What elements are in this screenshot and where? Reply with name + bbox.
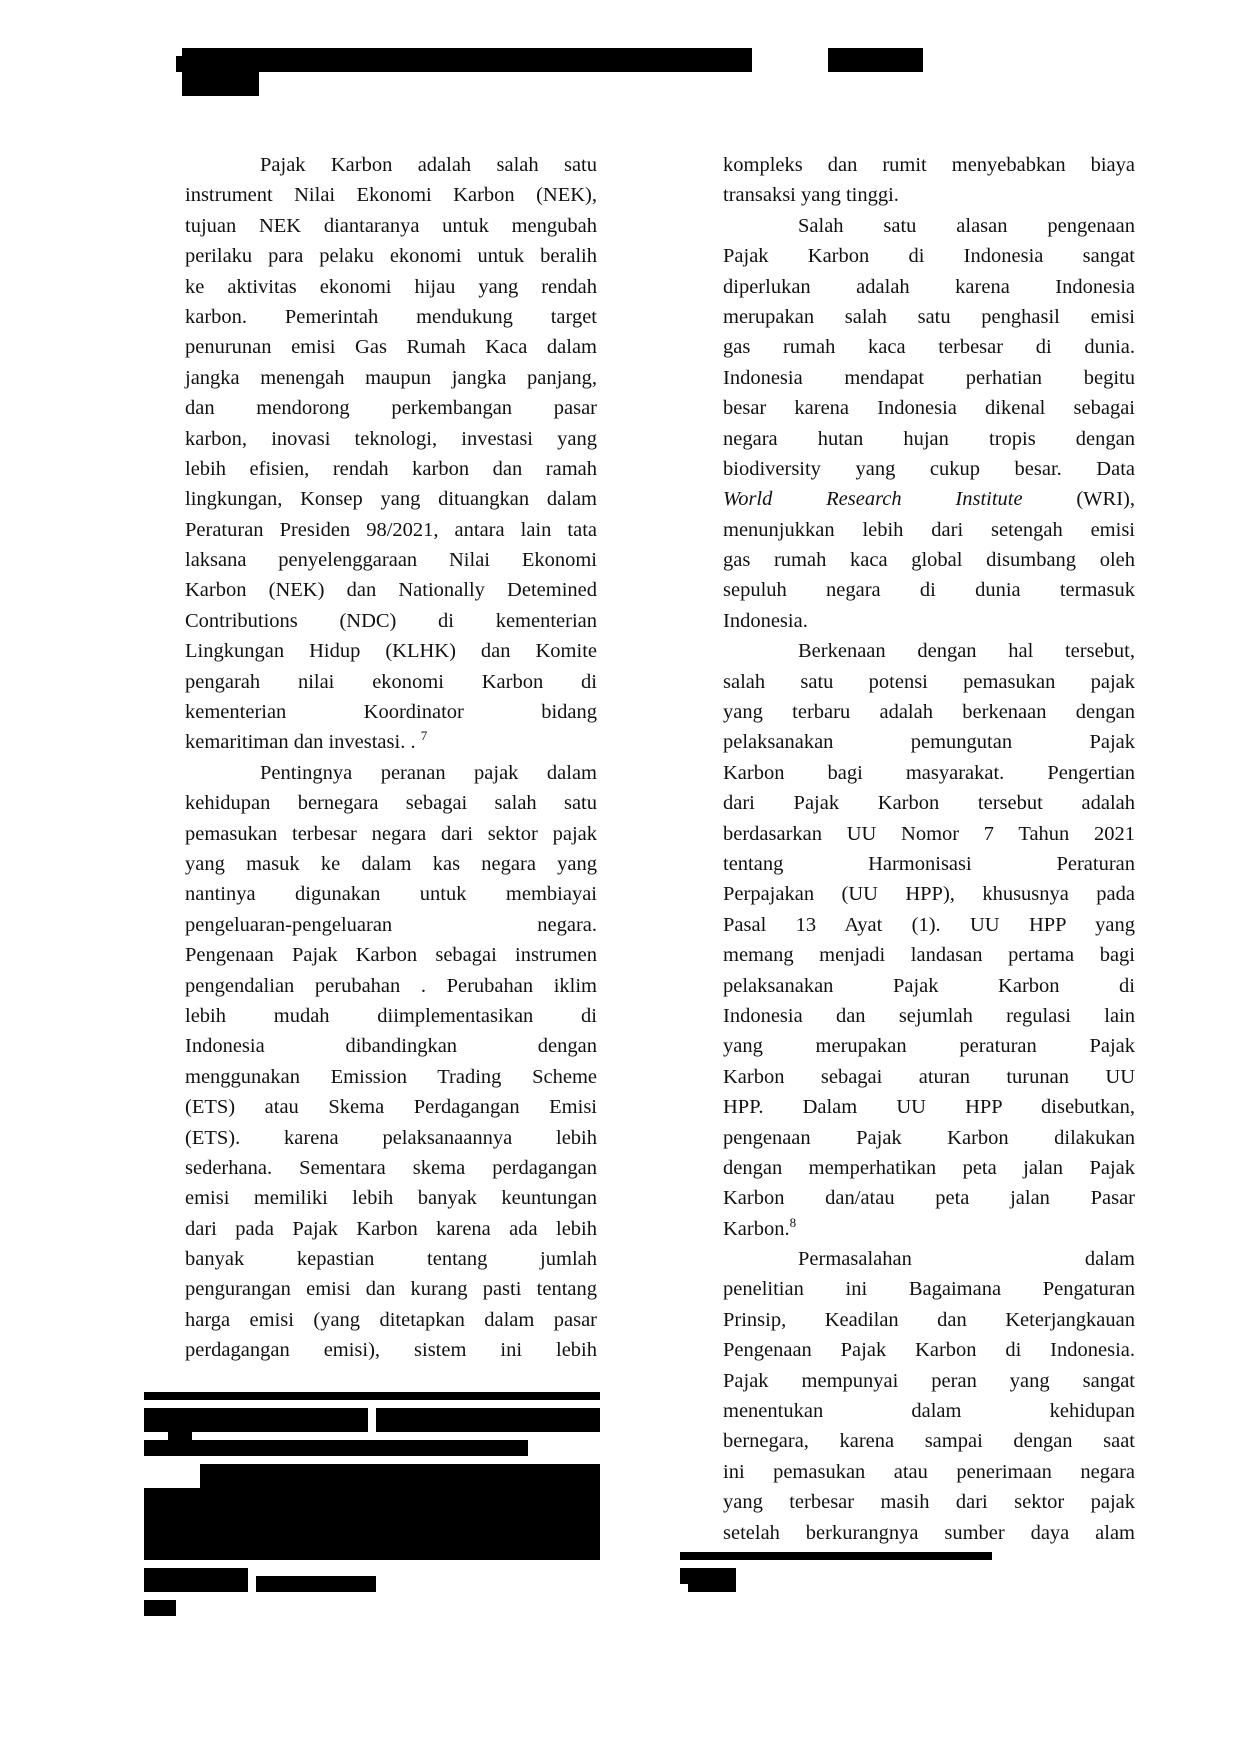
text-line: pengarah nilai ekonomi Karbon di <box>185 667 597 697</box>
text-line: instrument Nilai Ekonomi Karbon (NEK), <box>185 180 597 210</box>
text-line: pelaksanakan pemungutan Pajak <box>723 727 1135 757</box>
redacted-page-number <box>680 1568 736 1584</box>
text-line: banyak kepastian tentang jumlah <box>185 1244 597 1274</box>
text-line: pengurangan emisi dan kurang pasti tenta… <box>185 1274 597 1304</box>
text-line: Pengenaan Pajak Karbon di Indonesia. <box>723 1335 1135 1365</box>
text-line: menunjukkan lebih dari setengah emisi <box>723 515 1135 545</box>
text-line: perilaku para pelaku ekonomi untuk beral… <box>185 241 597 271</box>
text-line: Perpajakan (UU HPP), khususnya pada <box>723 879 1135 909</box>
italic-institute-name: World Research Institute <box>723 488 1023 510</box>
text-line: bernegara, karena sampai dengan saat <box>723 1426 1135 1456</box>
footnote-separator-right <box>680 1552 992 1560</box>
text-line: karbon. Pemerintah mendukung target <box>185 302 597 332</box>
text-line: Permasalahan dalam <box>723 1244 1135 1274</box>
text-line: kehidupan bernegara sebagai salah satu <box>185 788 597 818</box>
redacted-block <box>144 1600 176 1616</box>
text-line: yang terbesar masih dari sektor pajak <box>723 1487 1135 1517</box>
text-line: Indonesia dan sejumlah regulasi lain <box>723 1001 1135 1031</box>
redacted-block <box>376 1408 600 1432</box>
text-line: merupakan salah satu penghasil emisi <box>723 302 1135 332</box>
text-line: yang masuk ke dalam kas negara yang <box>185 849 597 879</box>
text-line: kementerian Koordinator bidang <box>185 697 597 727</box>
left-column: Pajak Karbon adalah salah satu instrumen… <box>185 150 597 1366</box>
text-line: kemaritiman dan investasi. . 7 <box>185 727 597 757</box>
redacted-volume-info <box>182 72 259 96</box>
redacted-running-title <box>182 48 752 72</box>
text-line: Pajak mempunyai peran yang sangat <box>723 1366 1135 1396</box>
paragraph-tax-importance: Pentingnya peranan pajak dalam kehidupan… <box>185 758 597 1366</box>
text-line: Peraturan Presiden 98/2021, antara lain … <box>185 515 597 545</box>
text-line: biodiversity yang cukup besar. Data <box>723 454 1135 484</box>
redacted-block <box>168 1432 192 1440</box>
text-line: dari pada Pajak Karbon karena ada lebih <box>185 1214 597 1244</box>
redacted-block <box>144 1488 216 1512</box>
text-line: negara hutan hujan tropis dengan <box>723 424 1135 454</box>
text-line: sepuluh negara di dunia termasuk <box>723 575 1135 605</box>
redacted-block <box>144 1568 248 1592</box>
text-line: Pengenaan Pajak Karbon sebagai instrumen <box>185 940 597 970</box>
text-line: harga emisi (yang ditetapkan dalam pasar <box>185 1305 597 1335</box>
redacted-block <box>144 1408 368 1432</box>
text-line: nantinya digunakan untuk membiayai <box>185 879 597 909</box>
redacted-block <box>144 1512 600 1560</box>
text-line: Salah satu alasan pengenaan <box>723 211 1135 241</box>
text-line: (ETS). karena pelaksanaannya lebih <box>185 1123 597 1153</box>
text-line: Karbon sebagai aturan turunan UU <box>723 1062 1135 1092</box>
text-line: yang merupakan peraturan Pajak <box>723 1031 1135 1061</box>
paragraph-nek-intro: Pajak Karbon adalah salah satu instrumen… <box>185 150 597 758</box>
footnote-separator-left <box>144 1392 600 1400</box>
footnote-ref-8[interactable]: 8 <box>790 1215 797 1230</box>
redacted-page-number-tail <box>688 1584 736 1592</box>
text-line: Berkenaan dengan hal tersebut, <box>723 636 1135 666</box>
text-line: pengendalian perubahan . Perubahan iklim <box>185 971 597 1001</box>
text-line: besar karena Indonesia dikenal sebagai <box>723 393 1135 423</box>
text-line: HPP. Dalam UU HPP disebutkan, <box>723 1092 1135 1122</box>
text-line: penelitian ini Bagaimana Pengaturan <box>723 1274 1135 1304</box>
text-line: kompleks dan rumit menyebabkan biaya <box>723 150 1135 180</box>
text-line: Pajak Karbon adalah salah satu <box>185 150 597 180</box>
text-line: tentang Harmonisasi Peraturan <box>723 849 1135 879</box>
text-line: pelaksanakan Pajak Karbon di <box>723 971 1135 1001</box>
text-line: pemasukan terbesar negara dari sektor pa… <box>185 819 597 849</box>
text-line: gas rumah kaca terbesar di dunia. <box>723 332 1135 362</box>
text-line: lingkungan, Konsep yang dituangkan dalam <box>185 484 597 514</box>
redacted-running-title-notch <box>176 56 186 72</box>
text-line: gas rumah kaca global disumbang oleh <box>723 545 1135 575</box>
text-line: jangka menengah maupun jangka panjang, <box>185 363 597 393</box>
text-line: Karbon bagi masyarakat. Pengertian <box>723 758 1135 788</box>
text-line: sederhana. Sementara skema perdagangan <box>185 1153 597 1183</box>
text-line: setelah berkurangnya sumber daya alam <box>723 1518 1135 1548</box>
text-line: World Research Institute (WRI), <box>723 484 1135 514</box>
text-line: pengeluaran-pengeluaran negara. <box>185 910 597 940</box>
text-line: menentukan dalam kehidupan <box>723 1396 1135 1426</box>
text-line: lebih mudah diimplementasikan di <box>185 1001 597 1031</box>
redacted-page-ref <box>828 48 923 72</box>
text-line-content: (WRI), <box>1023 488 1135 510</box>
text-line: berdasarkan UU Nomor 7 Tahun 2021 <box>723 819 1135 849</box>
paragraph-indonesia-emissions: Salah satu alasan pengenaan Pajak Karbon… <box>723 211 1135 636</box>
paragraph-transaction-cost: kompleks dan rumit menyebabkan biaya tra… <box>723 150 1135 211</box>
text-line: dan mendorong perkembangan pasar <box>185 393 597 423</box>
text-line: Pajak Karbon di Indonesia sangat <box>723 241 1135 271</box>
text-line: Contributions (NDC) di kementerian <box>185 606 597 636</box>
text-line: Karbon (NEK) dan Nationally Detemined <box>185 575 597 605</box>
text-line-content: Karbon. <box>723 1218 790 1240</box>
text-line: pengenaan Pajak Karbon dilakukan <box>723 1123 1135 1153</box>
text-line: salah satu potensi pemasukan pajak <box>723 667 1135 697</box>
text-line: yang terbaru adalah berkenaan dengan <box>723 697 1135 727</box>
text-line: Pasal 13 Ayat (1). UU HPP yang <box>723 910 1135 940</box>
text-line: laksana penyelenggaraan Nilai Ekonomi <box>185 545 597 575</box>
text-line: ke aktivitas ekonomi hijau yang rendah <box>185 272 597 302</box>
paragraph-research-problem: Permasalahan dalam penelitian ini Bagaim… <box>723 1244 1135 1548</box>
text-line: memang menjadi landasan pertama bagi <box>723 940 1135 970</box>
text-line: Karbon.8 <box>723 1214 1135 1244</box>
footnote-ref-7[interactable]: 7 <box>421 728 428 743</box>
text-line: dari Pajak Karbon tersebut adalah <box>723 788 1135 818</box>
paragraph-uu-hpp: Berkenaan dengan hal tersebut, salah sat… <box>723 636 1135 1244</box>
text-line-content: kemaritiman dan investasi. . <box>185 731 421 753</box>
text-line: dengan memperhatikan peta jalan Pajak <box>723 1153 1135 1183</box>
text-line: Prinsip, Keadilan dan Keterjangkauan <box>723 1305 1135 1335</box>
text-line: Indonesia mendapat perhatian begitu <box>723 363 1135 393</box>
text-line: perdagangan emisi), sistem ini lebih <box>185 1335 597 1365</box>
text-line: Pentingnya peranan pajak dalam <box>185 758 597 788</box>
text-line: diperlukan adalah karena Indonesia <box>723 272 1135 302</box>
text-line: transaksi yang tinggi. <box>723 180 1135 210</box>
text-line: penurunan emisi Gas Rumah Kaca dalam <box>185 332 597 362</box>
redacted-block <box>256 1576 376 1592</box>
text-line: lebih efisien, rendah karbon dan ramah <box>185 454 597 484</box>
text-line: menggunakan Emission Trading Scheme <box>185 1062 597 1092</box>
text-line: Indonesia dibandingkan dengan <box>185 1031 597 1061</box>
redacted-block <box>144 1440 528 1456</box>
right-column: kompleks dan rumit menyebabkan biaya tra… <box>723 150 1135 1548</box>
text-line: Indonesia. <box>723 606 1135 636</box>
text-line: ini pemasukan atau penerimaan negara <box>723 1457 1135 1487</box>
text-line: (ETS) atau Skema Perdagangan Emisi <box>185 1092 597 1122</box>
text-line: Karbon dan/atau peta jalan Pasar <box>723 1183 1135 1213</box>
text-line: tujuan NEK diantaranya untuk mengubah <box>185 211 597 241</box>
text-line: Lingkungan Hidup (KLHK) dan Komite <box>185 636 597 666</box>
text-line: karbon, inovasi teknologi, investasi yan… <box>185 424 597 454</box>
text-line: emisi memiliki lebih banyak keuntungan <box>185 1183 597 1213</box>
